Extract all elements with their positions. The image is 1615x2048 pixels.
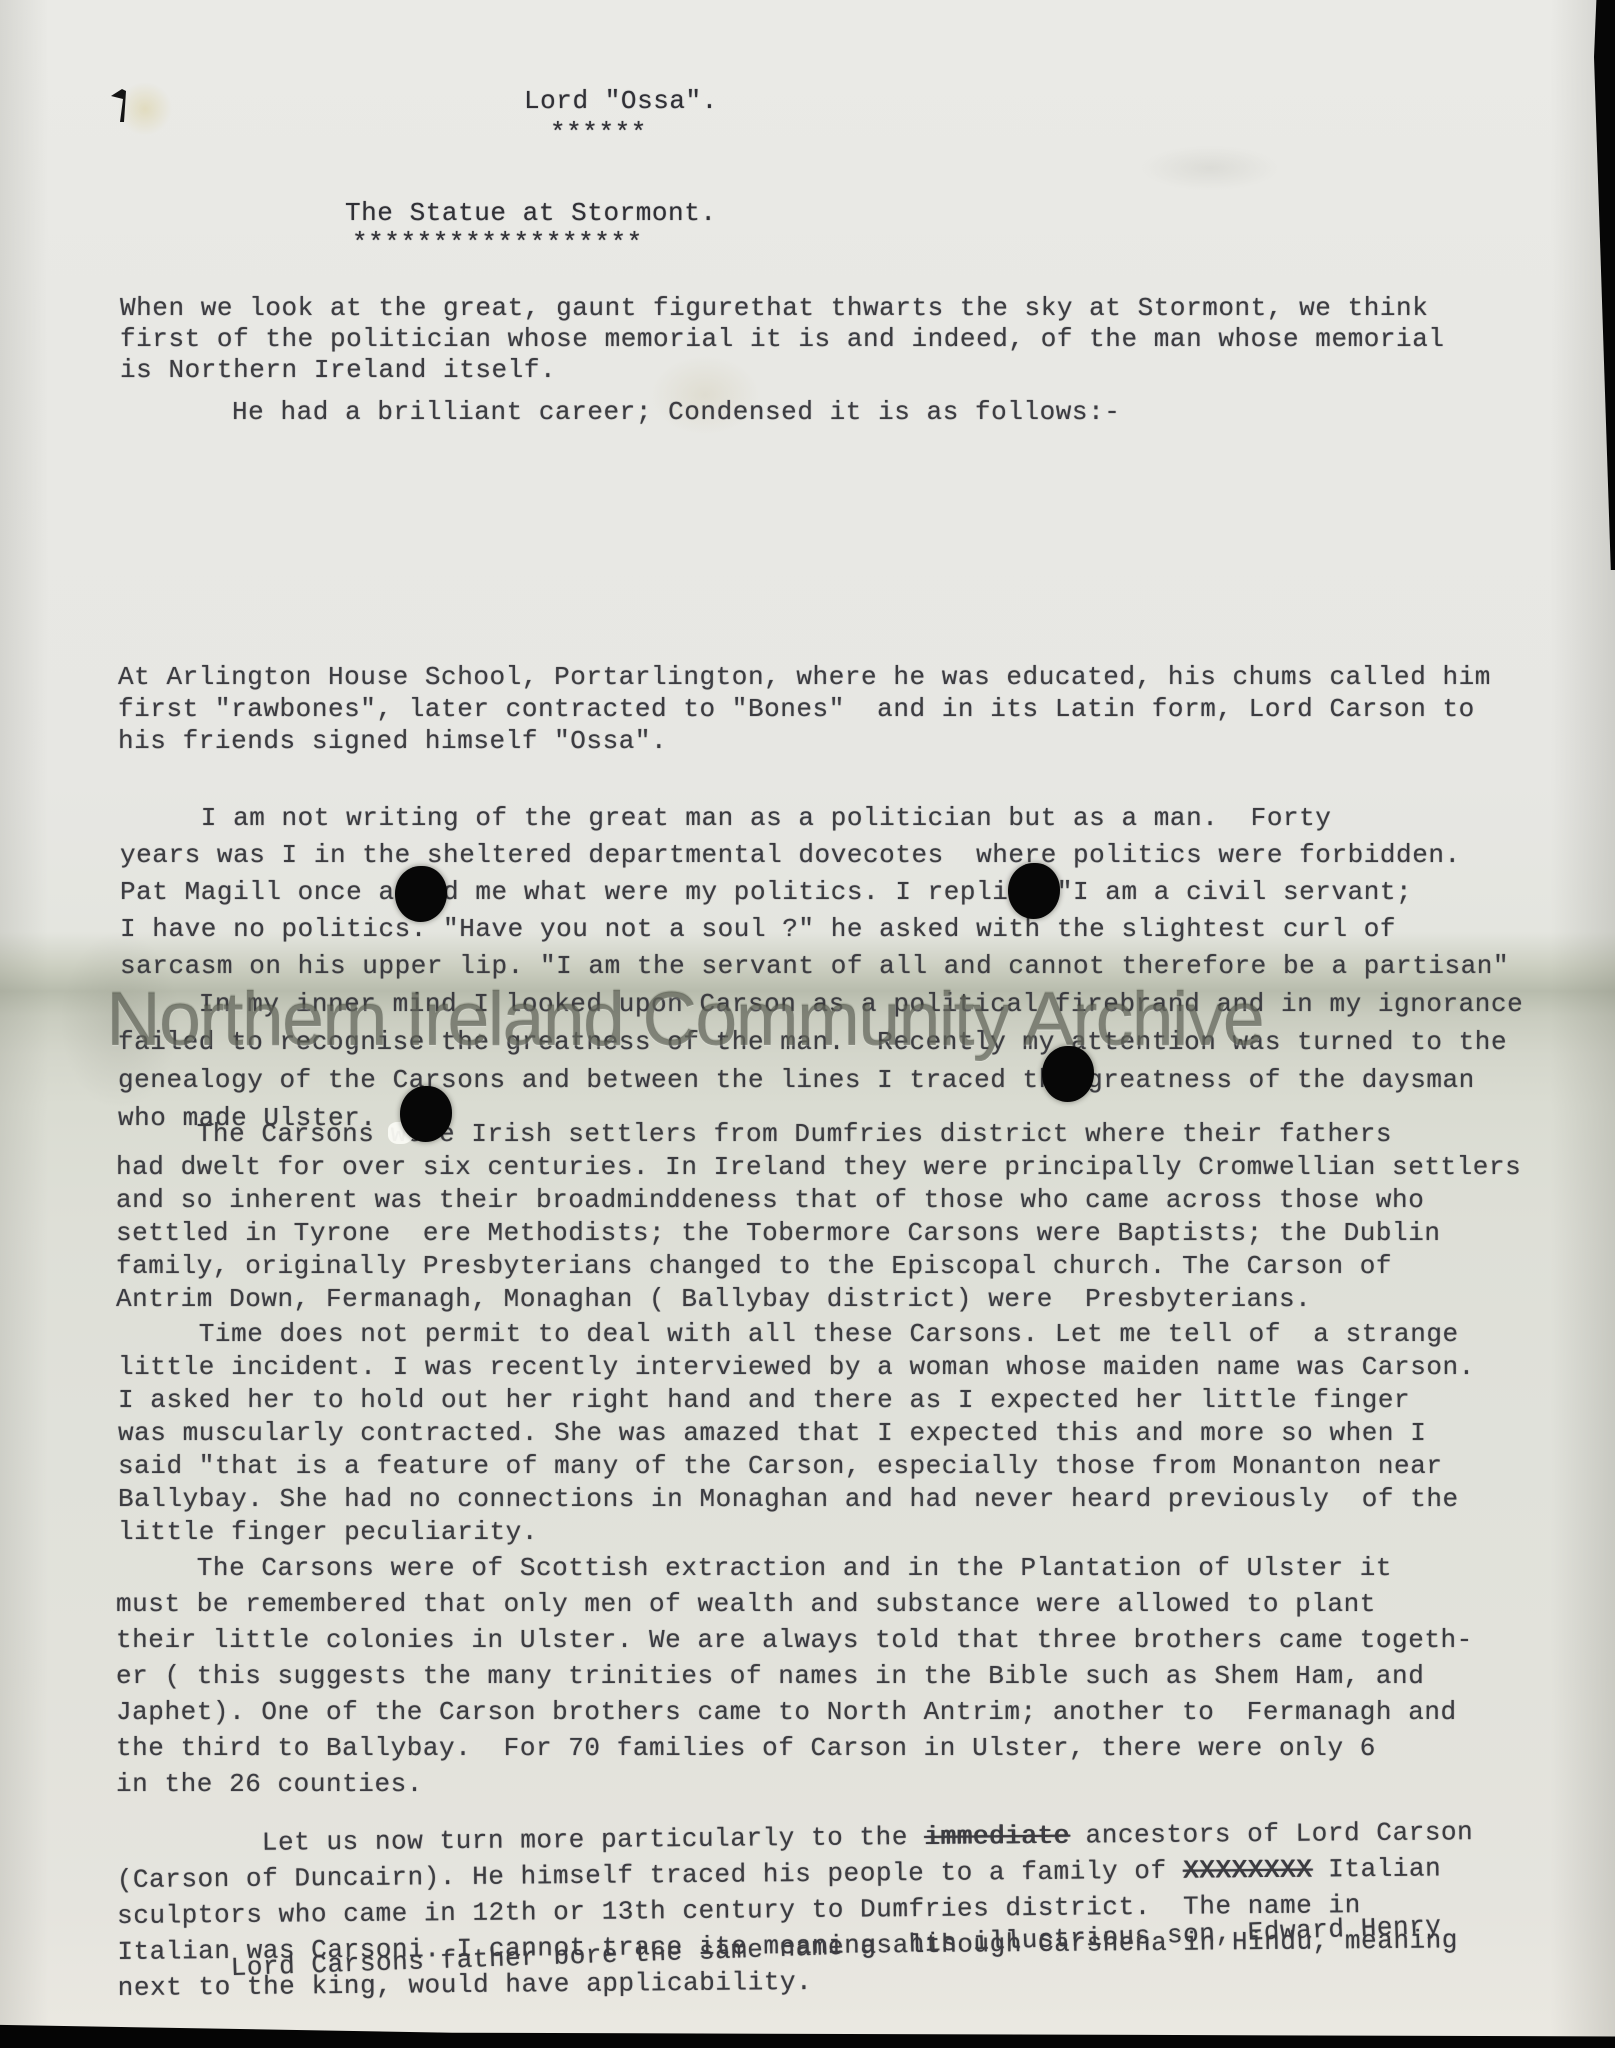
paragraph-civil-servant: I am not writing of the great man as a p… [120,800,1509,985]
paragraph-irish-settlers: The Carsons were Irish settlers from Dum… [116,1118,1521,1316]
archive-watermark: Northern Ireland Community Archive [106,976,1263,1063]
scan-edge-right [1585,0,1615,570]
paragraph-opening: When we look at the great, gaunt figuret… [120,293,1445,386]
title-asterisk-rule: ****** [550,118,647,148]
document-title: Lord "Ossa". [524,86,718,116]
overtyped-word: immediate [924,1821,1070,1852]
paragraph-ancestors: Let us now turn more particularly to the… [116,1778,1475,2042]
paragraph-career-line: He had a brilliant career; Condensed it … [232,397,1120,427]
pen-squiggle-icon [108,84,132,126]
document-subtitle: The Statue at Stormont. [345,198,717,228]
handwritten-mark [108,84,132,131]
typed-over-x-marks: XXXXXXXX [1183,1855,1312,1886]
punch-hole-4 [400,1086,452,1142]
paragraph-little-finger: Time does not permit to deal with all th… [118,1318,1475,1549]
punch-hole-3 [1042,1046,1094,1102]
paper-stain [1140,145,1280,191]
paragraph-plantation: The Carsons were of Scottish extraction … [116,1550,1473,1802]
punch-hole-1 [395,866,447,922]
scanned-page: Lord "Ossa". ****** The Statue at Stormo… [0,0,1615,2048]
subtitle-asterisk-rule: ****************** [352,228,643,258]
paragraph-school: At Arlington House School, Portarlington… [118,661,1491,757]
ancestors-text: Let us now turn more particularly to the [181,1822,924,1858]
punch-hole-2 [1008,863,1060,919]
